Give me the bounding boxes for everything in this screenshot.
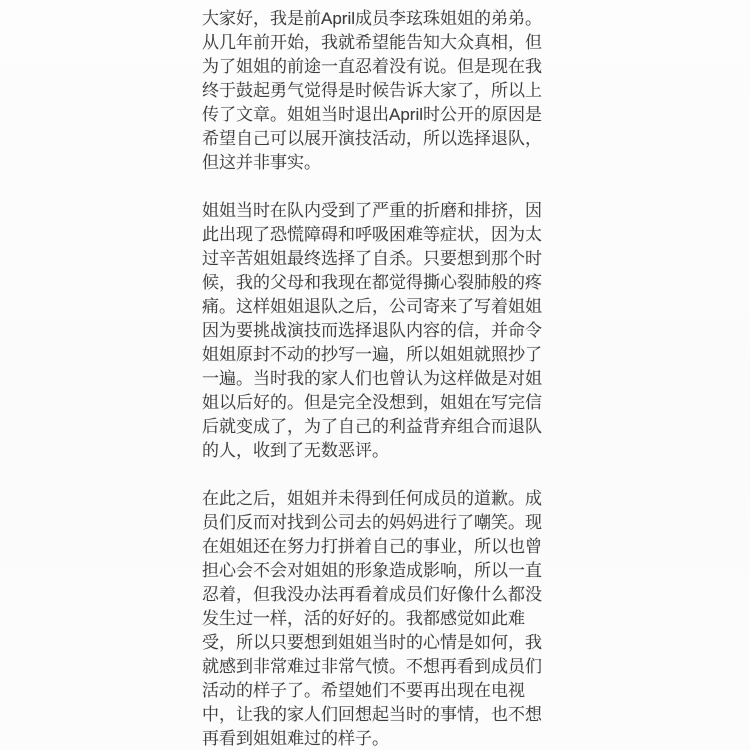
text-line: 从几年前开始，我就希望能告知大众真相，但 — [202, 31, 548, 55]
text-line: 活动的样子了。希望她们不要再出现在电视 — [202, 679, 548, 703]
text-line: 过辛苦姐姐最终选择了自杀。只要想到那个时 — [202, 247, 548, 271]
paragraph: 姐姐当时在队内受到了严重的折磨和排挤，因此出现了恐慌障碍和呼吸困难等症状，因为太… — [202, 199, 548, 463]
paragraph: 在此之后，姐姐并未得到任何成员的道歉。成员们反而对找到公司去的妈妈进行了嘲笑。现… — [202, 487, 548, 750]
text-line: 希望自己可以展开演技活动，所以选择退队， — [202, 127, 548, 151]
text-line: 忍着，但我没办法再看着成员们好像什么都没 — [202, 583, 548, 607]
text-line: 为了姐姐的前途一直忍着没有说。但是现在我 — [202, 55, 548, 79]
text-line: 后就变成了，为了自己的利益背弃组合而退队 — [202, 415, 548, 439]
text-line: 发生过一样，活的好好的。我都感觉如此难 — [202, 607, 548, 631]
text-line: 此出现了恐慌障碍和呼吸困难等症状，因为太 — [202, 223, 548, 247]
text-line: 终于鼓起勇气觉得是时候告诉大家了，所以上 — [202, 79, 548, 103]
text-line: 中，让我的家人们回想起当时的事情，也不想 — [202, 703, 548, 727]
text-line: 在姐姐还在努力打拼着自己的事业，所以也曾 — [202, 535, 548, 559]
text-line: 痛。这样姐姐退队之后，公司寄来了写着姐姐 — [202, 295, 548, 319]
document-page: 大家好，我是前April成员李玹珠姐姐的弟弟。从几年前开始，我就希望能告知大众真… — [0, 0, 750, 750]
text-line: 担心会不会对姐姐的形象造成影响，所以一直 — [202, 559, 548, 583]
paragraph: 大家好，我是前April成员李玹珠姐姐的弟弟。从几年前开始，我就希望能告知大众真… — [202, 7, 548, 175]
text-line: 姐姐当时在队内受到了严重的折磨和排挤，因 — [202, 199, 548, 223]
text-line: 员们反而对找到公司去的妈妈进行了嘲笑。现 — [202, 511, 548, 535]
text-line: 受，所以只要想到姐姐当时的心情是如何，我 — [202, 631, 548, 655]
text-line: 但这并非事实。 — [202, 151, 548, 175]
text-line: 姐以后好的。但是完全没想到，姐姐在写完信 — [202, 391, 548, 415]
text-line: 大家好，我是前April成员李玹珠姐姐的弟弟。 — [202, 7, 548, 31]
text-line: 传了文章。姐姐当时退出April时公开的原因是 — [202, 103, 548, 127]
text-line: 候，我的父母和我现在都觉得撕心裂肺般的疼 — [202, 271, 548, 295]
text-line: 再看到姐姐难过的样子。 — [202, 727, 548, 750]
text-line: 姐姐原封不动的抄写一遍，所以姐姐就照抄了 — [202, 343, 548, 367]
text-line: 因为要挑战演技而选择退队内容的信，并命令 — [202, 319, 548, 343]
text-line: 在此之后，姐姐并未得到任何成员的道歉。成 — [202, 487, 548, 511]
text-line: 就感到非常难过非常气愤。不想再看到成员们 — [202, 655, 548, 679]
text-line: 一遍。当时我的家人们也曾认为这样做是对姐 — [202, 367, 548, 391]
text-line: 的人，收到了无数恶评。 — [202, 439, 548, 463]
article-text-block: 大家好，我是前April成员李玹珠姐姐的弟弟。从几年前开始，我就希望能告知大众真… — [202, 7, 548, 750]
